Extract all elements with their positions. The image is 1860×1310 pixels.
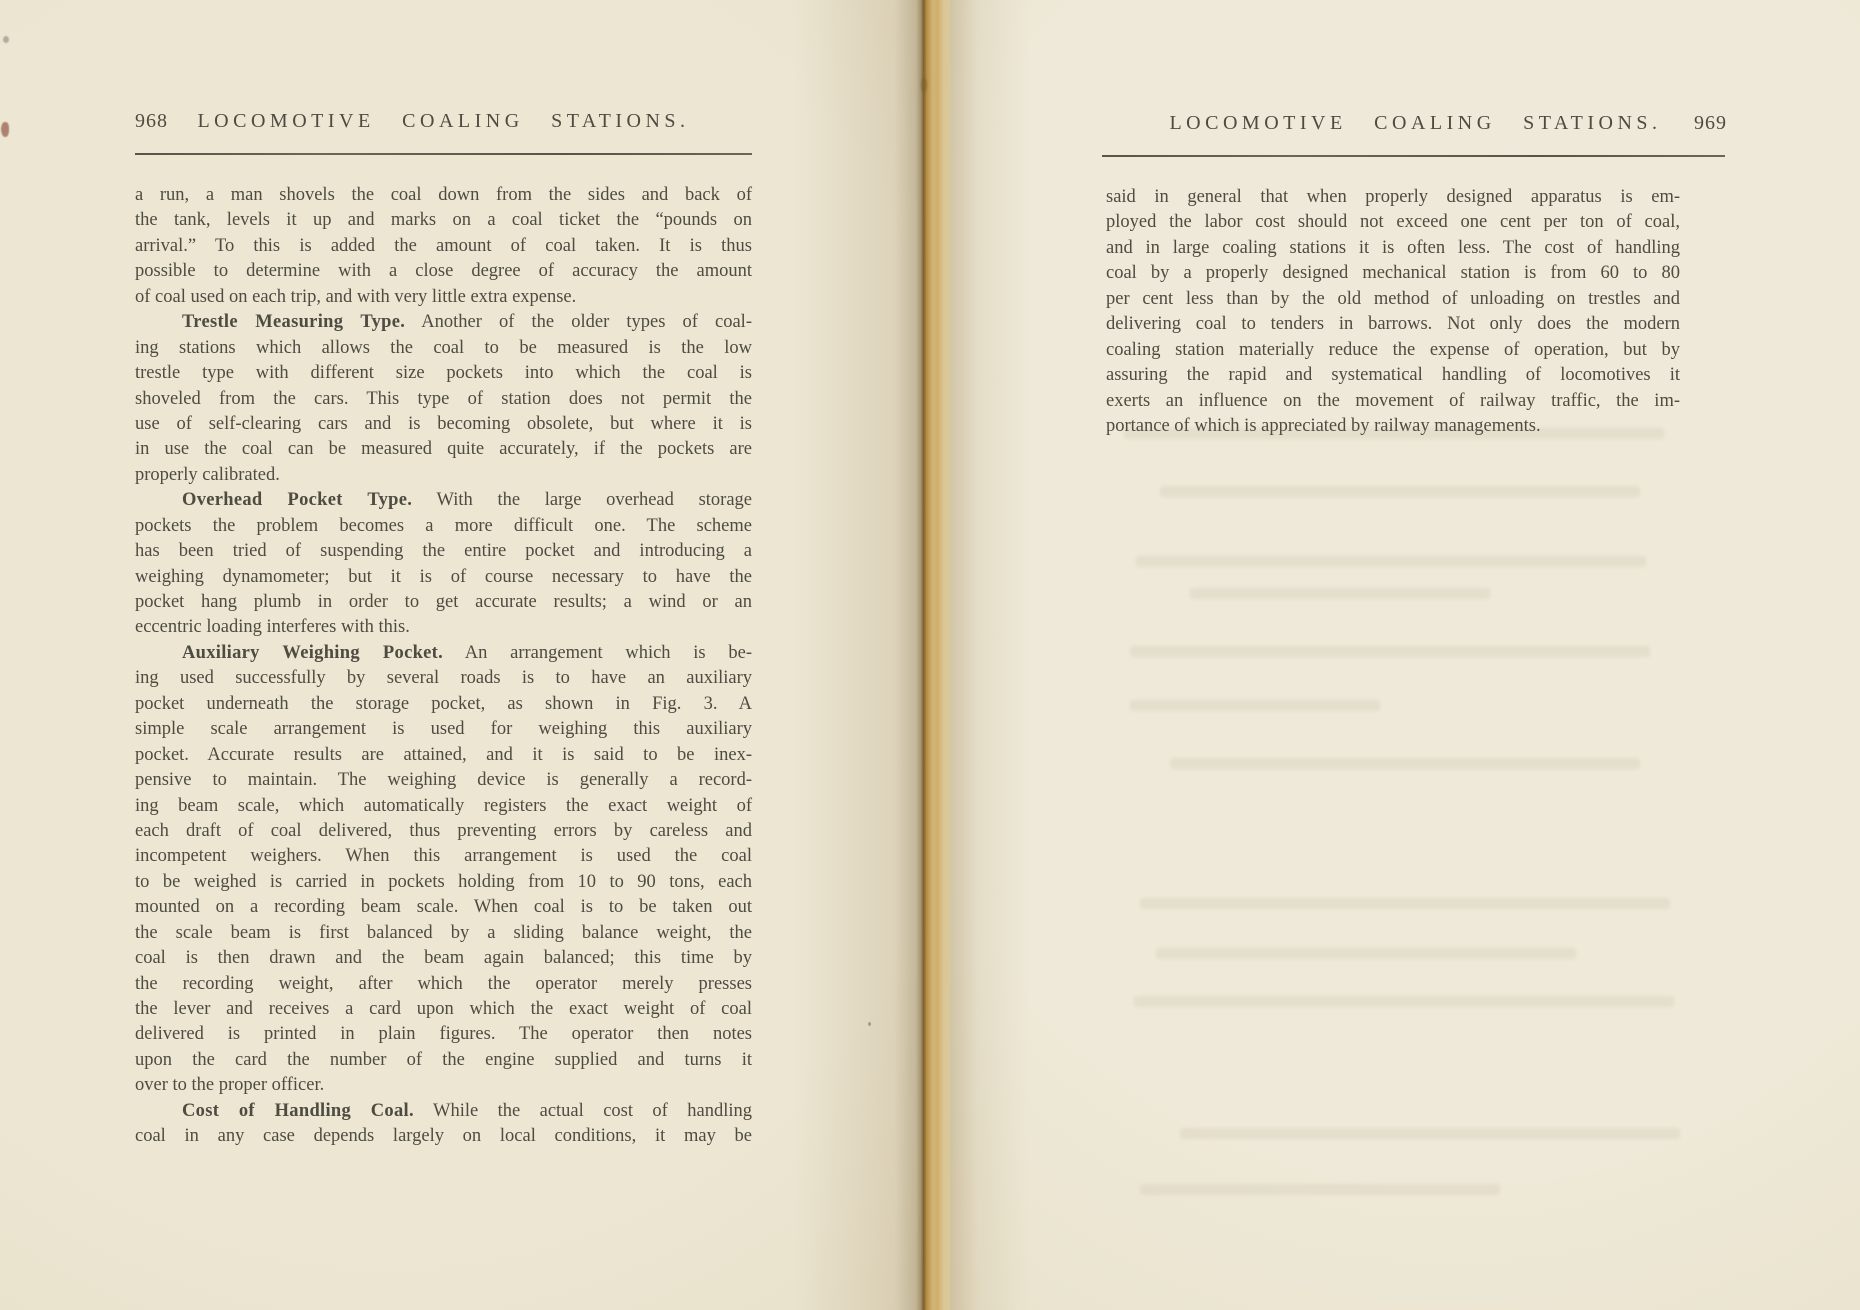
- text-line: weighing dynamometer; but it is of cours…: [135, 565, 752, 590]
- text-line: delivering coal to tenders in barrows. N…: [1106, 312, 1680, 337]
- text-line: a run, a man shovels the coal down from …: [135, 183, 752, 208]
- text-line: coal is then drawn and the beam again ba…: [135, 946, 752, 971]
- text-line: Cost of Handling Coal. While the actual …: [135, 1099, 752, 1124]
- left-running-title: LOCOMOTIVE COALING STATIONS.: [135, 110, 752, 133]
- text-line: per cent less than by the old method of …: [1106, 287, 1680, 312]
- left-page-text: a run, a man shovels the coal down from …: [135, 183, 752, 1150]
- text-line: Overhead Pocket Type. With the large ove…: [135, 488, 752, 513]
- right-page-number: 969: [1694, 112, 1727, 135]
- text-line: of coal used on each trip, and with very…: [135, 285, 752, 310]
- text-line: portance of which is appreciated by rail…: [1106, 414, 1680, 439]
- text-line: pockets the problem becomes a more diffi…: [135, 514, 752, 539]
- text-line: incompetent weighers. When this arrangem…: [135, 844, 752, 869]
- text-line: arrival.” To this is added the amount of…: [135, 234, 752, 259]
- show-through-ghost: [1100, 428, 1710, 1278]
- text-line: ing used successfully by several roads i…: [135, 666, 752, 691]
- text-line: assuring the rapid and systematical hand…: [1106, 363, 1680, 388]
- text-line: over to the proper officer.: [135, 1073, 752, 1098]
- gutter-notch: [921, 78, 927, 92]
- right-running-title: LOCOMOTIVE COALING STATIONS.: [1104, 112, 1727, 135]
- text-line: pocket. Accurate results are attained, a…: [135, 743, 752, 768]
- text-line: mounted on a recording beam scale. When …: [135, 895, 752, 920]
- right-header-rule: [1102, 155, 1725, 157]
- left-page: 968 LOCOMOTIVE COALING STATIONS. a run, …: [0, 0, 922, 1310]
- text-line: Trestle Measuring Type. Another of the o…: [135, 310, 752, 335]
- right-page-text: said in general that when properly desig…: [1106, 185, 1680, 439]
- text-line: the recording weight, after which the op…: [135, 972, 752, 997]
- text-line: pocket underneath the storage pocket, as…: [135, 692, 752, 717]
- text-line: the scale beam is first balanced by a sl…: [135, 921, 752, 946]
- text-line: eccentric loading interferes with this.: [135, 615, 752, 640]
- left-page-header: 968 LOCOMOTIVE COALING STATIONS.: [135, 110, 752, 140]
- text-line: coal by a properly designed mechanical s…: [1106, 261, 1680, 286]
- text-line: each draft of coal delivered, thus preve…: [135, 819, 752, 844]
- text-line: exerts an influence on the movement of r…: [1106, 389, 1680, 414]
- text-line: possible to determine with a close degre…: [135, 259, 752, 284]
- text-line: pocket hang plumb in order to get accura…: [135, 590, 752, 615]
- text-line: simple scale arrangement is used for wei…: [135, 717, 752, 742]
- left-page-number: 968: [135, 110, 168, 133]
- text-line: Auxiliary Weighing Pocket. An arrangemen…: [135, 641, 752, 666]
- text-line: ing stations which allows the coal to be…: [135, 336, 752, 361]
- text-line: said in general that when properly desig…: [1106, 185, 1680, 210]
- text-line: shoveled from the cars. This type of sta…: [135, 387, 752, 412]
- text-line: has been tried of suspending the entire …: [135, 539, 752, 564]
- text-line: the tank, levels it up and marks on a co…: [135, 208, 752, 233]
- text-line: the lever and receives a card upon which…: [135, 997, 752, 1022]
- book-spread: 968 LOCOMOTIVE COALING STATIONS. a run, …: [0, 0, 1860, 1310]
- right-page: LOCOMOTIVE COALING STATIONS. 969 said in…: [950, 0, 1860, 1310]
- text-line: delivered is printed in plain figures. T…: [135, 1022, 752, 1047]
- text-line: to be weighed is carried in pockets hold…: [135, 870, 752, 895]
- text-line: in use the coal can be measured quite ac…: [135, 437, 752, 462]
- text-line: coaling station materially reduce the ex…: [1106, 338, 1680, 363]
- text-line: trestle type with different size pockets…: [135, 361, 752, 386]
- text-line: properly calibrated.: [135, 463, 752, 488]
- text-line: ployed the labor cost should not exceed …: [1106, 210, 1680, 235]
- text-line: use of self-clearing cars and is becomin…: [135, 412, 752, 437]
- text-line: ing beam scale, which automatically regi…: [135, 794, 752, 819]
- book-gutter: [916, 0, 950, 1310]
- left-header-rule: [135, 153, 752, 155]
- text-line: pensive to maintain. The weighing device…: [135, 768, 752, 793]
- text-line: upon the card the number of the engine s…: [135, 1048, 752, 1073]
- text-line: coal in any case depends largely on loca…: [135, 1124, 752, 1149]
- right-page-header: LOCOMOTIVE COALING STATIONS. 969: [1104, 112, 1727, 142]
- text-line: and in large coaling stations it is ofte…: [1106, 236, 1680, 261]
